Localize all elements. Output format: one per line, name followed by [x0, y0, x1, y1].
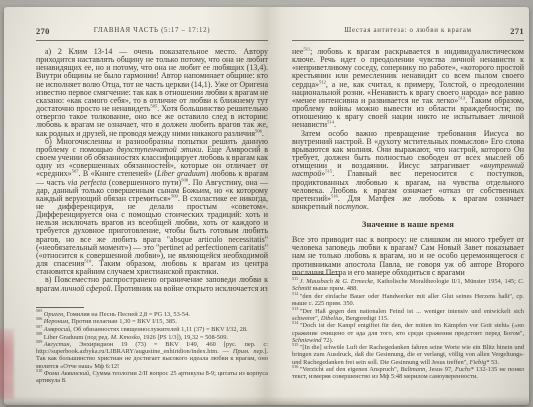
text-run: Фома Аквинский	[44, 370, 89, 377]
footnote: 514"Doch ist der Kampf entgiftet für den…	[292, 322, 524, 343]
paragraph: нее511; любовь к врагам раскрывается в и…	[292, 48, 524, 130]
section-heading: Значение в наше время	[292, 220, 524, 229]
text-run: , Jesus 97,	[425, 366, 455, 373]
footnote-number: 510	[36, 368, 42, 373]
footnote-marker: 516	[331, 193, 338, 198]
text-run: . В схоластике ее никогда, не дифференци…	[36, 194, 268, 268]
text-run: поступок	[334, 202, 366, 211]
footnote-marker: 514	[327, 120, 334, 125]
right-page-body: нее511; любовь к врагам раскрывается в и…	[292, 48, 524, 277]
right-page-number: 271	[510, 27, 524, 36]
footnote-marker: 506	[255, 128, 262, 133]
paragraph: а) 2 Клим 13-14 — очень показательное ме…	[36, 48, 268, 138]
text-run: Dibelius	[321, 315, 343, 322]
text-run: . Противник на войне открыто исключается…	[111, 284, 268, 293]
text-run: "Verzicht auf den eigenen Anspruch",	[300, 366, 401, 373]
text-run: Liber Graduum (под ред.	[44, 334, 111, 341]
footnote: 507Амвросий, Об обязанностях священнослу…	[36, 326, 268, 333]
text-run: M. Kmosko	[111, 334, 140, 341]
right-running-header: Шестая антитеза: о любви к врагам	[292, 27, 524, 34]
text-run: J. Mausbach & G. Ermecke	[300, 278, 374, 285]
right-footnote-rule	[292, 274, 340, 275]
text-run: .	[367, 202, 369, 211]
text-run: , Об обязанностях священнослужителей 1,1…	[70, 326, 247, 333]
footnote-number: 514	[292, 320, 298, 325]
text-run: Иероним	[44, 318, 68, 325]
footnote: 505Ориген, Гомилия на Песнь Песней 2,8 =…	[36, 311, 268, 318]
text-run: выше прим. 488.	[311, 285, 358, 292]
footnote-number: 511	[292, 276, 298, 281]
text-run: личной сферой	[61, 284, 111, 293]
text-run: Ориген	[44, 311, 64, 318]
footnote: 508Liber Graduum (под ред. M. Kmosko, 19…	[36, 334, 268, 341]
left-page-number: 270	[36, 27, 50, 36]
right-header-rule	[292, 40, 524, 41]
footnote-number: 505	[36, 308, 42, 313]
left-footnote-rule	[36, 307, 84, 308]
right-footnotes: 511J. Mausbach & G. Ermecke, Katholische…	[292, 278, 524, 380]
left-running-header: ГЛАВНАЯ ЧАСТЬ (5:17 – 17:12)	[36, 27, 268, 34]
book-photo: 270 ГЛАВНАЯ ЧАСТЬ (5:17 – 17:12) а) 2 Кл…	[0, 0, 533, 407]
left-footnote-block: 505Ориген, Гомилия на Песнь Песней 2,8 =…	[36, 307, 268, 386]
text-run: Все это приводит нас к вопросу: не слишк…	[292, 235, 524, 277]
footnote: 510Фома Аквинский, Сумма теологии 2/II в…	[36, 370, 268, 384]
footnote-number: 509	[36, 339, 42, 344]
paragraph: Затем особо важно превращение требования…	[292, 130, 524, 212]
text-run: , 1926 [PS 1/3]), 19,32 = 508-509.	[140, 334, 228, 341]
left-header-rule	[36, 40, 268, 41]
text-run: 53.	[489, 359, 499, 366]
paragraph: Все это приводит нас к вопросу: не слишк…	[292, 236, 524, 277]
text-run: Bultmann	[400, 366, 425, 373]
footnote-number: 506	[36, 316, 42, 321]
book-spread: 270 ГЛАВНАЯ ЧАСТЬ (5:17 – 17:12) а) 2 Кл…	[4, 7, 529, 405]
footnote-marker: 512	[319, 79, 326, 84]
text-run: , Гомилия на Песнь Песней 2,8 = PG 13, 5…	[63, 311, 190, 318]
footnote-number: 515	[292, 342, 298, 347]
footnote-number: 507	[36, 324, 42, 329]
footnote: 513"Der Haß gegen den nationalen Feind i…	[292, 308, 524, 322]
paragraph: в) Повсеместно распространено ограничени…	[36, 276, 268, 292]
text-run: Fuchs*	[455, 366, 474, 373]
footnote: 516"Verzicht auf den eigenen Anspruch", …	[292, 366, 524, 380]
text-run: Прим. пер.	[233, 348, 264, 355]
text-run: "den der einfache Bauer oder Handwerker …	[292, 293, 524, 307]
text-run: "Doch ist der Kampf entgiftet für den, d…	[292, 322, 524, 336]
footnote-marker: 507	[72, 169, 79, 174]
footnote: 511J. Mausbach & G. Ermecke, Katholische…	[292, 278, 524, 292]
left-page: 270 ГЛАВНАЯ ЧАСТЬ (5:17 – 17:12) а) 2 Кл…	[36, 27, 268, 391]
footnote-number: 512	[292, 291, 298, 296]
left-page-header: 270 ГЛАВНАЯ ЧАСТЬ (5:17 – 17:12)	[36, 27, 268, 39]
footnote-number: 508	[36, 331, 42, 336]
footnote: 512"den der einfache Bauer oder Handwerk…	[292, 293, 524, 307]
footnote: 509Августин, Энхиридион 19 (73) = BKV I/…	[36, 341, 268, 369]
footnote-number: 513	[292, 306, 298, 311]
text-run: 72).	[321, 337, 333, 344]
text-run: , Katholische Moraltheologie II/1, Münst…	[373, 278, 518, 285]
text-run: Августин	[44, 341, 70, 348]
footnote: 515"[In die] schwüle Luft der Rachegedan…	[292, 344, 524, 365]
left-footnotes: 505Ориген, Гомилия на Песнь Песней 2,8 =…	[36, 311, 268, 385]
footnote-number: 516	[292, 364, 298, 369]
right-page-header: 271 Шестая антитеза: о любви к врагам	[292, 27, 524, 39]
text-run: , Против пелагиан 1,30 = BKV I/15, 385.	[68, 318, 177, 325]
right-page: 271 Шестая антитеза: о любви к врагам не…	[292, 27, 524, 391]
text-run: , Bergpredigt 115.	[343, 315, 389, 322]
footnote: 506Иероним, Против пелагиан 1,30 = BKV I…	[36, 318, 268, 325]
left-page-body: а) 2 Клим 13-14 — очень показательное ме…	[36, 48, 268, 293]
paragraph: б) Многочисленны и разнообразны попытки …	[36, 138, 268, 277]
text-run: Амвросий	[44, 326, 70, 333]
right-footnote-block: 511J. Mausbach & G. Ermecke, Katholische…	[292, 274, 524, 381]
text-run: Fiebig*	[469, 359, 489, 366]
footnote-marker: 509	[171, 193, 178, 198]
